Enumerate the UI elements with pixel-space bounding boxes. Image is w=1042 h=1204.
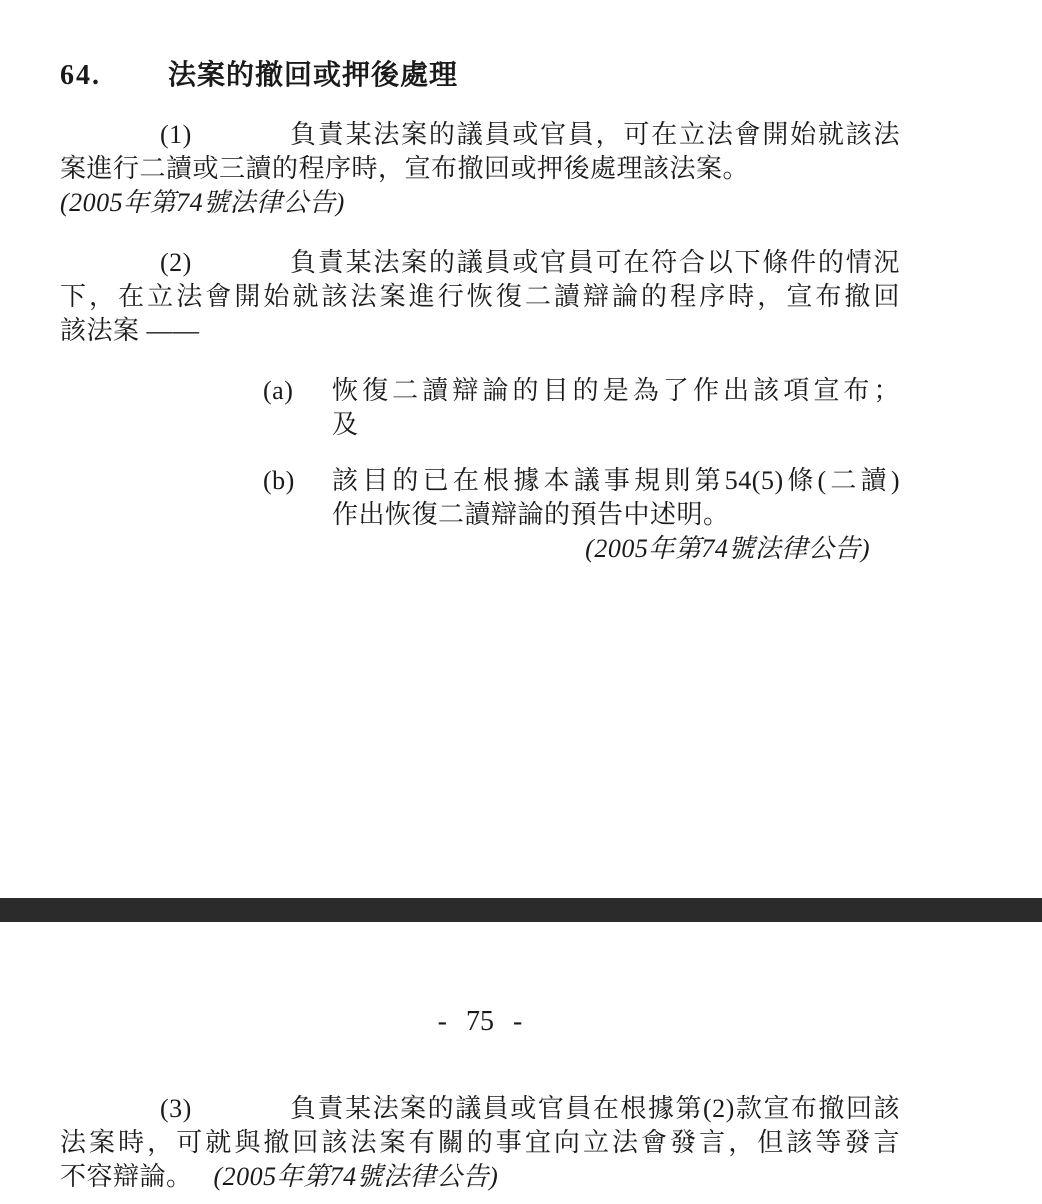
paragraph-2-line-1: 負責某法案的議員或官員可在符合以下條件的情況 (290, 246, 900, 280)
paragraph-1-citation: (2005年第74號法律公告) (60, 186, 900, 220)
subitem-a: (a) 恢復二讀辯論的目的是為了作出該項宣布； 及 (332, 374, 900, 442)
paragraph-1-line-1: 負責某法案的議員或官員，可在立法會開始就該法 (290, 118, 900, 152)
paragraph-2-line-2: 下，在立法會開始就該法案進行恢復二讀辯論的程序時，宣布撤回 (60, 280, 900, 314)
subitem-b-line-2: 作出恢復二讀辯論的預告中述明。 (332, 498, 900, 532)
document-page: 64. 法案的撤回或押後處理 (1) 負責某法案的議員或官員，可在立法會開始就該… (0, 0, 1042, 1204)
paragraph-3-citation: (2005年第74號法律公告) (214, 1162, 499, 1191)
subitem-b-label: (b) (263, 464, 295, 498)
subitem-b-citation: (2005年第74號法律公告) (332, 532, 900, 566)
paragraph-1: (1) 負責某法案的議員或官員，可在立法會開始就該法 案進行二讀或三讀的程序時，… (60, 118, 900, 220)
subitem-b-line-1: 該目的已在根據本議事規則第54(5)條(二讀) (332, 464, 900, 498)
paragraph-2-first-line: (2) 負責某法案的議員或官員可在符合以下條件的情況 (60, 246, 900, 280)
rule-title: 法案的撤回或押後處理 (168, 60, 458, 91)
paragraph-2-line-3: 該法案 —— (60, 314, 900, 348)
paragraph-1-line-2: 案進行二讀或三讀的程序時，宣布撤回或押後處理該法案。 (60, 152, 900, 186)
paragraph-3-last-line: 不容辯論。 (2005年第74號法律公告) (60, 1160, 900, 1194)
paragraph-2: (2) 負責某法案的議員或官員可在符合以下條件的情況 下，在立法會開始就該法案進… (60, 246, 900, 348)
paragraph-3-line-3: 不容辯論。 (60, 1162, 193, 1191)
subitem-b: (b) 該目的已在根據本議事規則第54(5)條(二讀) 作出恢復二讀辯論的預告中… (332, 464, 900, 566)
subitem-a-line-2: 及 (332, 408, 900, 442)
paragraph-2-label: (2) (160, 246, 290, 280)
page-number: - 75 - (60, 1006, 900, 1038)
paragraph-3-line-1: 負責某法案的議員或官員在根據第(2)款宣布撤回該 (290, 1092, 900, 1126)
subitem-a-line-1: 恢復二讀辯論的目的是為了作出該項宣布； (332, 374, 900, 408)
page-break-bar (0, 898, 1042, 922)
subitem-a-label: (a) (263, 374, 293, 408)
paragraph-3-first-line: (3) 負責某法案的議員或官員在根據第(2)款宣布撤回該 (60, 1092, 900, 1126)
rule-heading: 64. 法案的撤回或押後處理 (60, 53, 458, 93)
paragraph-3-label: (3) (160, 1092, 290, 1126)
paragraph-1-label: (1) (160, 118, 290, 152)
paragraph-1-first-line: (1) 負責某法案的議員或官員，可在立法會開始就該法 (60, 118, 900, 152)
paragraph-3-line-2: 法案時，可就與撤回該法案有關的事宜向立法會發言，但該等發言 (60, 1126, 900, 1160)
paragraph-3: (3) 負責某法案的議員或官員在根據第(2)款宣布撤回該 法案時，可就與撤回該法… (60, 1092, 900, 1194)
rule-number: 64. (60, 60, 160, 92)
